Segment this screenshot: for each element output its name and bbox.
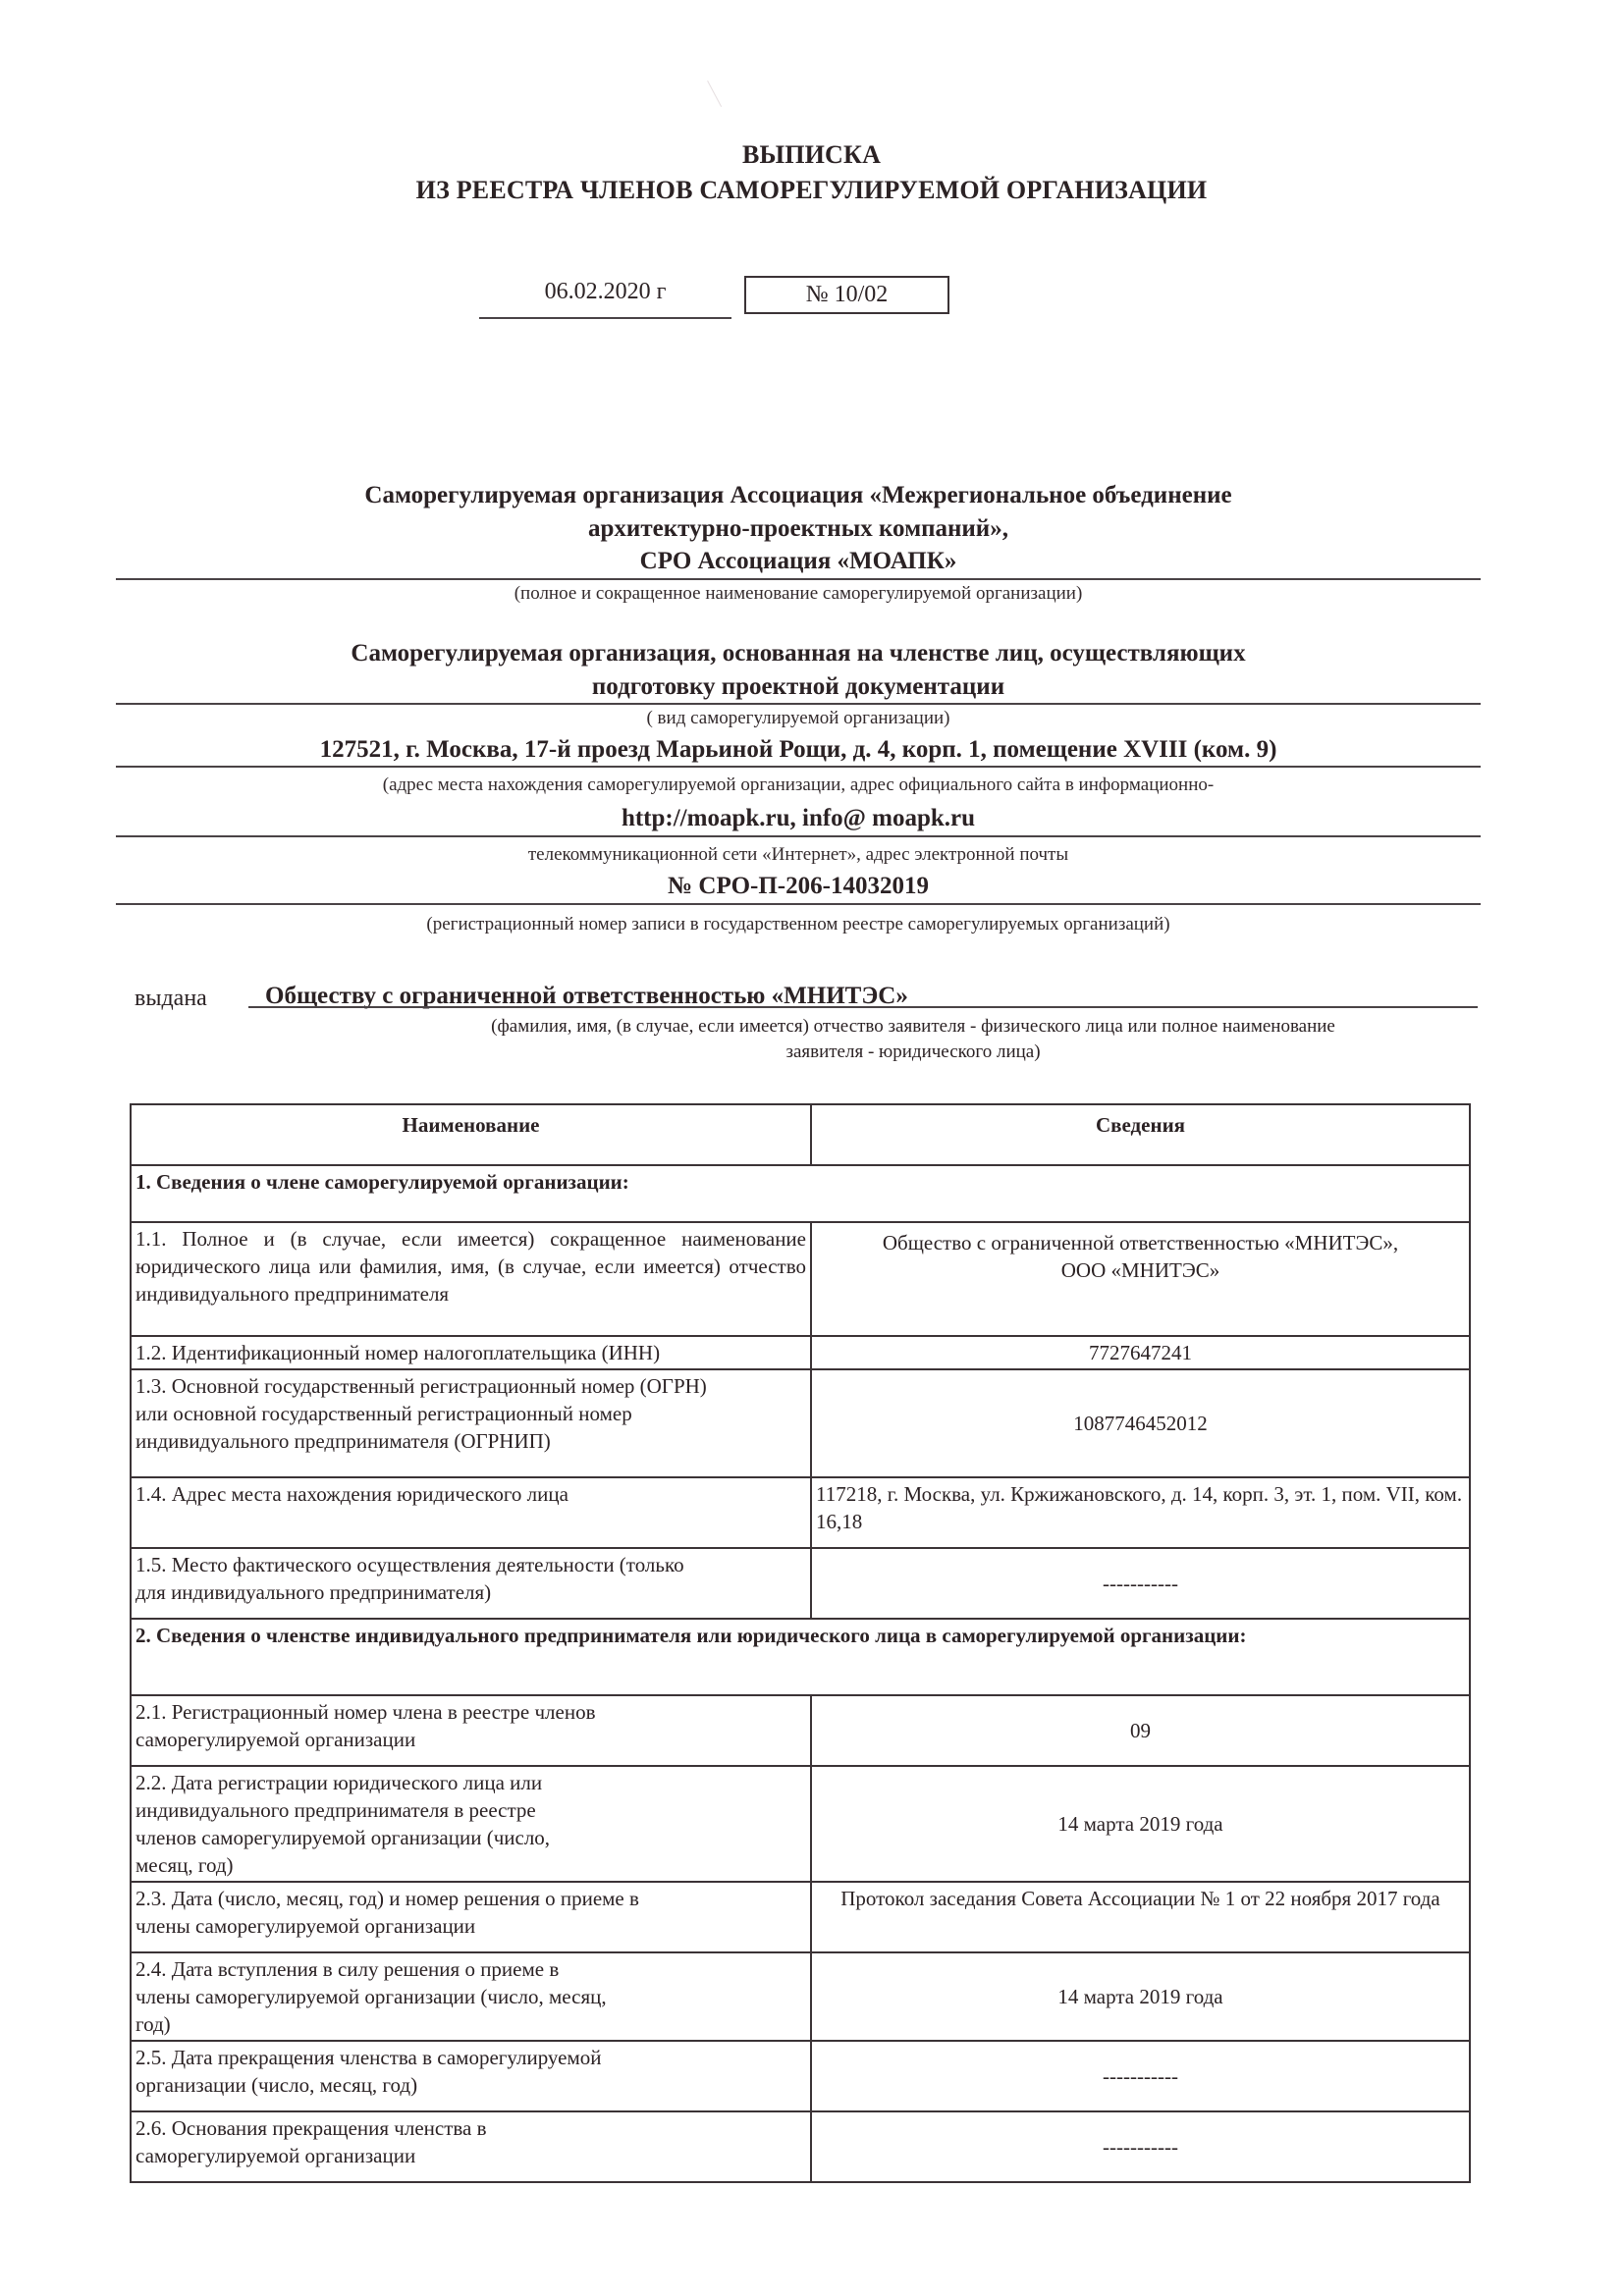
- table-row: 2.1. Регистрационный номер члена в реест…: [131, 1695, 1470, 1766]
- table-row: 2.5. Дата прекращения членства в саморег…: [131, 2041, 1470, 2111]
- org-type-rule: [116, 703, 1481, 705]
- table-row: 1.3. Основной государственный регистраци…: [131, 1369, 1470, 1477]
- table-row: 2.4. Дата вступления в силу решения о пр…: [131, 1952, 1470, 2041]
- table-row: 1.4. Адрес места нахождения юридического…: [131, 1477, 1470, 1548]
- row-value: Протокол заседания Совета Ассоциации № 1…: [811, 1882, 1470, 1952]
- org-name-rule: [116, 578, 1481, 580]
- document-title: ВЫПИСКА: [0, 140, 1623, 170]
- row-name: 2.6. Основания прекращения членства в са…: [131, 2111, 811, 2182]
- table-row: 2.2. Дата регистрации юридического лица …: [131, 1766, 1470, 1882]
- row-value: 117218, г. Москва, ул. Кржижановского, д…: [811, 1477, 1470, 1548]
- section-title: 1. Сведения о члене саморегулируемой орг…: [131, 1165, 1470, 1222]
- row-name: 2.2. Дата регистрации юридического лица …: [131, 1766, 811, 1882]
- section-title: 2. Сведения о членстве индивидуального п…: [131, 1619, 1470, 1695]
- org-name-caption: (полное и сокращенное наименование самор…: [116, 582, 1481, 606]
- scan-artifact: [707, 80, 724, 107]
- document-number: № 10/02: [744, 276, 949, 314]
- org-registry-number: № СРО-П-206-14032019: [116, 871, 1481, 902]
- row-name: 1.4. Адрес места нахождения юридического…: [131, 1477, 811, 1548]
- org-registry-rule: [116, 903, 1481, 905]
- row-name: 1.2. Идентификационный номер налогоплате…: [131, 1336, 811, 1369]
- table-row: 1.5. Место фактического осуществления де…: [131, 1548, 1470, 1619]
- org-type-caption: ( вид саморегулируемой организации): [116, 707, 1481, 730]
- org-address-caption: (адрес места нахождения саморегулируемой…: [116, 774, 1481, 797]
- document-subtitle: ИЗ РЕЕСТРА ЧЛЕНОВ САМОРЕГУЛИРУЕМОЙ ОРГАН…: [0, 176, 1623, 205]
- row-value: 14 марта 2019 года: [811, 1766, 1470, 1882]
- table-header-row: Наименование Сведения: [131, 1104, 1470, 1165]
- row-name: 2.4. Дата вступления в силу решения о пр…: [131, 1952, 811, 2041]
- row-name: 2.3. Дата (число, месяц, год) и номер ре…: [131, 1882, 811, 1952]
- row-value: -----------: [811, 2111, 1470, 2182]
- row-value: 7727647241: [811, 1336, 1470, 1369]
- section-row: 2. Сведения о членстве индивидуального п…: [131, 1619, 1470, 1695]
- registry-table: Наименование Сведения 1. Сведения о член…: [130, 1103, 1471, 2183]
- row-value: 14 марта 2019 года: [811, 1952, 1470, 2041]
- row-value: Общество с ограниченной ответственностью…: [811, 1222, 1470, 1336]
- row-name: 1.5. Место фактического осуществления де…: [131, 1548, 811, 1619]
- org-web-caption: телекоммуникационной сети «Интернет», ад…: [116, 843, 1481, 867]
- table-row: 1.1. Полное и (в случае, если имеется) с…: [131, 1222, 1470, 1336]
- row-name: 2.5. Дата прекращения членства в саморег…: [131, 2041, 811, 2111]
- org-address: 127521, г. Москва, 17-й проезд Марьиной …: [116, 734, 1481, 766]
- issued-rule: [248, 1006, 1478, 1008]
- org-website-email: http://moapk.ru, info@ moapk.ru: [116, 803, 1481, 834]
- table-row: 2.3. Дата (число, месяц, год) и номер ре…: [131, 1882, 1470, 1952]
- org-registry-caption: (регистрационный номер записи в государс…: [116, 913, 1481, 936]
- row-name: 2.1. Регистрационный номер члена в реест…: [131, 1695, 811, 1766]
- org-address-rule: [116, 766, 1481, 768]
- row-name: 1.1. Полное и (в случае, если имеется) с…: [131, 1222, 811, 1336]
- org-short-name: СРО Ассоциация «МОАПК»: [116, 546, 1481, 577]
- org-web-rule: [116, 835, 1481, 837]
- issued-caption-line2: заявителя - юридического лица): [324, 1040, 1502, 1065]
- row-value: 09: [811, 1695, 1470, 1766]
- issued-caption: (фамилия, имя, (в случае, если имеется) …: [324, 1014, 1502, 1065]
- row-value: -----------: [811, 2041, 1470, 2111]
- issued-label: выдана: [135, 986, 207, 1012]
- org-full-name-line1: Саморегулируемая организация Ассоциация …: [116, 480, 1481, 511]
- section-row: 1. Сведения о члене саморегулируемой орг…: [131, 1165, 1470, 1222]
- row-value: -----------: [811, 1548, 1470, 1619]
- column-header-name: Наименование: [131, 1104, 811, 1165]
- issue-date: 06.02.2020 г: [479, 279, 731, 305]
- table-row: 1.2. Идентификационный номер налогоплате…: [131, 1336, 1470, 1369]
- org-type-line1: Саморегулируемая организация, основанная…: [116, 638, 1481, 669]
- column-header-info: Сведения: [811, 1104, 1470, 1165]
- row-name: 1.3. Основной государственный регистраци…: [131, 1369, 811, 1477]
- org-full-name-line2: архитектурно-проектных компаний»,: [116, 513, 1481, 545]
- org-type-line2: подготовку проектной документации: [116, 671, 1481, 703]
- table-row: 2.6. Основания прекращения членства в са…: [131, 2111, 1470, 2182]
- row-value: 1087746452012: [811, 1369, 1470, 1477]
- issued-caption-line1: (фамилия, имя, (в случае, если имеется) …: [324, 1014, 1502, 1040]
- date-underline: [479, 317, 731, 319]
